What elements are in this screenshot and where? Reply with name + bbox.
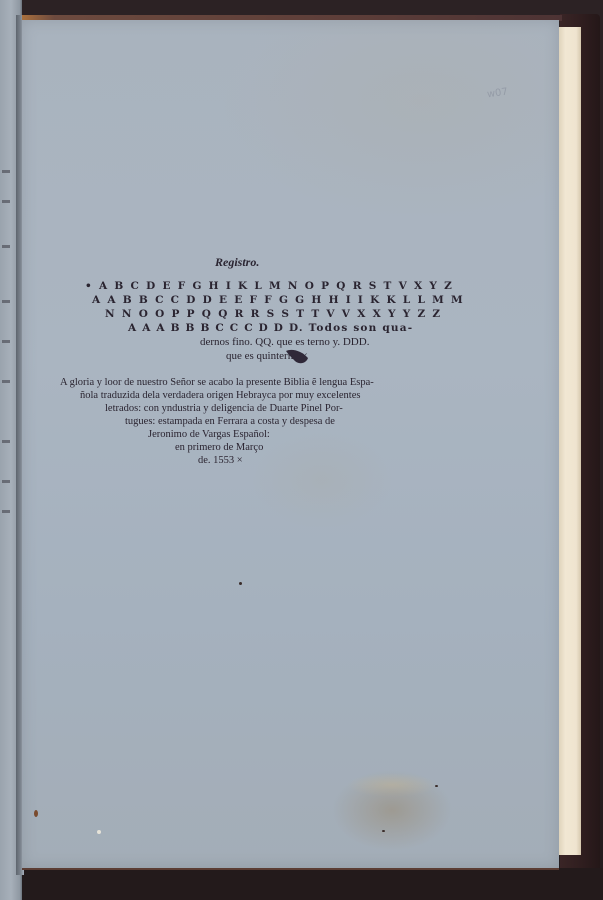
bleed-mark: [2, 440, 10, 443]
bleed-mark: [2, 380, 10, 383]
foxing-spot: [435, 785, 438, 787]
colophon-line-7: de. 1553 ×: [198, 455, 243, 466]
register-line-3: N N O O P P Q Q R R S S T T V V X X Y Y …: [105, 308, 442, 320]
colophon-line-3: letrados: con yndustria y deligencia de …: [105, 403, 343, 414]
printer-fleuron-icon: [284, 348, 310, 366]
foxing-spot: [97, 830, 101, 834]
bleed-mark: [2, 480, 10, 483]
bleed-mark: [2, 245, 10, 248]
foxing-spot: [382, 830, 385, 832]
book-cover-bottom: [20, 868, 603, 900]
register-heading: Registro.: [215, 255, 259, 270]
register-line-4: A A A B B B C C C D D D. Todos son qua-: [128, 322, 413, 334]
colophon-line-4: tugues: estampada en Ferrara a costa y d…: [125, 416, 335, 427]
bleed-mark: [2, 340, 10, 343]
bleed-mark: [2, 300, 10, 303]
register-line-2: A A B B C C D D E E F F G G H H I I K K …: [92, 294, 464, 306]
colophon-line-5: Jeronimo de Vargas Español:: [148, 429, 270, 440]
foxing-spot: [239, 582, 242, 585]
book-page: [22, 20, 559, 870]
register-line-5: dernos fino. QQ. que es terno y. DDD.: [200, 336, 369, 348]
bleed-mark: [2, 510, 10, 513]
colophon-line-1: A gloria y loor de nuestro Señor se acab…: [60, 377, 374, 388]
foxing-spot: [34, 810, 38, 817]
bleed-mark: [2, 170, 10, 173]
colophon-line-2: ñola traduzida dela verdadera origen Heb…: [80, 390, 360, 401]
page-leaf-edges: [556, 27, 581, 855]
register-line-1: • A B C D E F G H I K L M N O P Q R S T …: [85, 280, 454, 292]
bleed-mark: [2, 200, 10, 203]
colophon-line-6: en primero de Março: [175, 442, 263, 453]
